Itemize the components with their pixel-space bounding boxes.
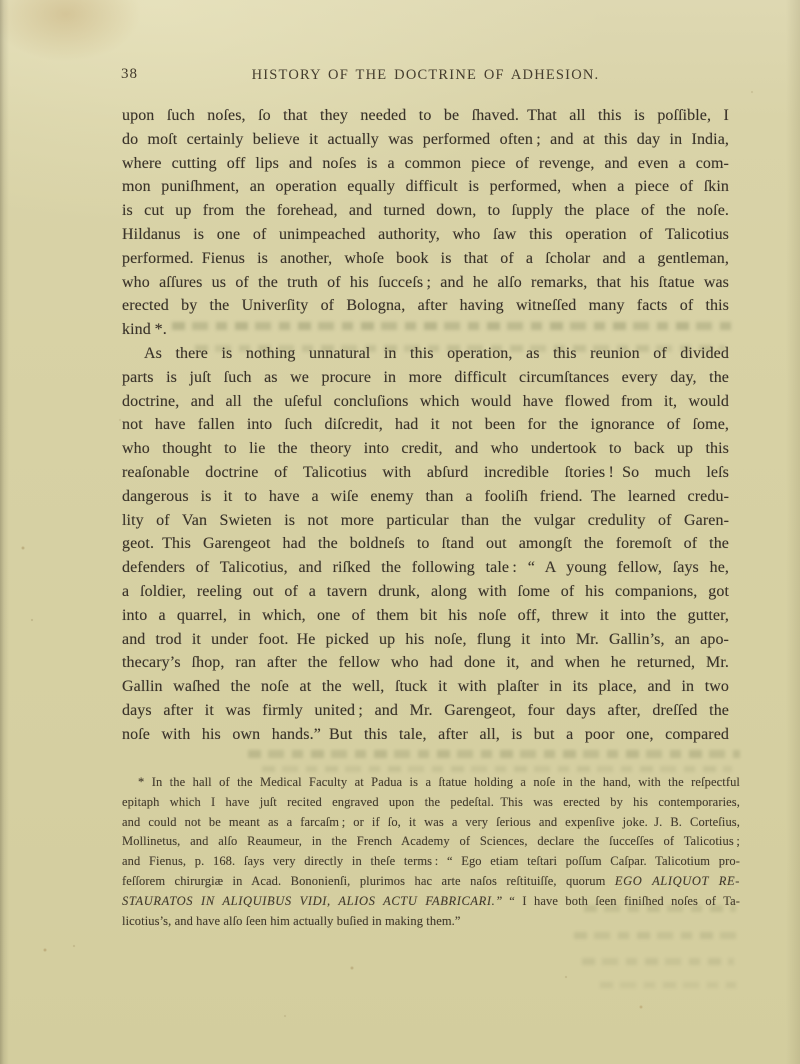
footnote-line: Mollinetus, and alſo Reaumeur, in the Fr… [122,832,740,852]
body-text: upon ſuch noſes, ſo that they needed to … [122,104,729,747]
text-line: and trod it under foot. He picked up his… [122,628,729,652]
paragraph-end-line: kind *. [122,318,729,342]
text-line: dangerous is it to have a wiſe enemy tha… [122,485,729,509]
text-line: defenders of Talicotius, and riſked the … [122,556,729,580]
text-line: thecary’s ſhop, ran after the fellow who… [122,651,729,675]
footnote-text: * In the hall of the Medical Faculty at … [138,775,740,789]
footnote-text: and Fienus, p. 168. ſays very directly i… [122,854,740,868]
text-line: do moſt certainly believe it actually wa… [122,128,729,152]
footnote-text: Mollinetus, and alſo Reaumeur, in the Fr… [122,834,740,848]
text-line: lity of Van Swieten is not more particul… [122,509,729,533]
paragraph-start-line: As there is nothing unnatural in this op… [122,342,729,366]
footnote-line: and could not be meant as a farcaſm ; or… [122,813,740,833]
text-line: is cut up from the forehead, and turned … [122,199,729,223]
text-line: days after it was firmly united ; and Mr… [122,699,729,723]
text-line: geot. This Garengeot had the boldneſs to… [122,532,729,556]
footnote-text: licotius’s, and have alſo ſeen him actua… [122,914,461,928]
show-through-band [582,958,734,965]
footnote-line: feſſorem chirurgiæ in Acad. Bononienſi, … [122,872,740,892]
text-line: Hildanus is one of unimpeached authority… [122,223,729,247]
footnote-text: and could not be meant as a farcaſm ; or… [122,815,740,829]
footnote-line: epitaph which I have juſt recited engrav… [122,793,740,813]
text-line: reaſonable doctrine of Talicotius with a… [122,461,729,485]
text-line: not have fallen into ſuch diſcredit, had… [122,413,729,437]
footnote-latin-italic: STAURATOS IN ALIQUIBUS VIDI, ALIOS ACTU … [122,894,503,908]
footnote-text: feſſorem chirurgiæ in Acad. Bononienſi, … [122,874,615,888]
text-line: who aſſures us of the truth of his ſucce… [122,271,729,295]
text-line: upon ſuch noſes, ſo that they needed to … [122,104,729,128]
footnote: * In the hall of the Medical Faculty at … [122,773,740,931]
text-line: Gallin waſhed the noſe at the well, ſtuc… [122,675,729,699]
footnote-line: * In the hall of the Medical Faculty at … [122,773,740,793]
show-through-band [600,982,736,988]
text-line: parts is juſt ſuch as we procure in more… [122,366,729,390]
footnote-text: “ I have both ſeen finiſhed noſes of Ta- [503,894,740,908]
footnote-line: STAURATOS IN ALIQUIBUS VIDI, ALIOS ACTU … [122,892,740,912]
text-line: where cutting off lips and noſes is a co… [122,152,729,176]
text-line: erected by the Univerſity of Bologna, af… [122,294,729,318]
show-through-band [248,750,740,758]
book-page: 38 HISTORY OF THE DOCTRINE OF ADHESION. … [0,0,800,1064]
footnote-text: epitaph which I have juſt recited engrav… [122,795,740,809]
text-line: mon puniſhment, an operation equally dif… [122,175,729,199]
footnote-latin-italic: EGO ALIQUOT RE- [615,874,740,888]
show-through-band [574,932,738,939]
text-line: who thought to lie the theory into credi… [122,437,729,461]
footnote-last-line: licotius’s, and have alſo ſeen him actua… [122,912,740,932]
running-header: HISTORY OF THE DOCTRINE OF ADHESION. [122,67,729,84]
text-line: noſe with his own hands.” But this tale,… [122,723,729,747]
show-through-band [262,766,732,772]
text-line: doctrine, and all the uſeful concluſions… [122,390,729,414]
text-line: into a quarrel, in which, one of them bi… [122,604,729,628]
text-line: performed. Fienus is another, whoſe book… [122,247,729,271]
text-line: a ſoldier, reeling out of a tavern drunk… [122,580,729,604]
footnote-line: and Fienus, p. 168. ſays very directly i… [122,852,740,872]
